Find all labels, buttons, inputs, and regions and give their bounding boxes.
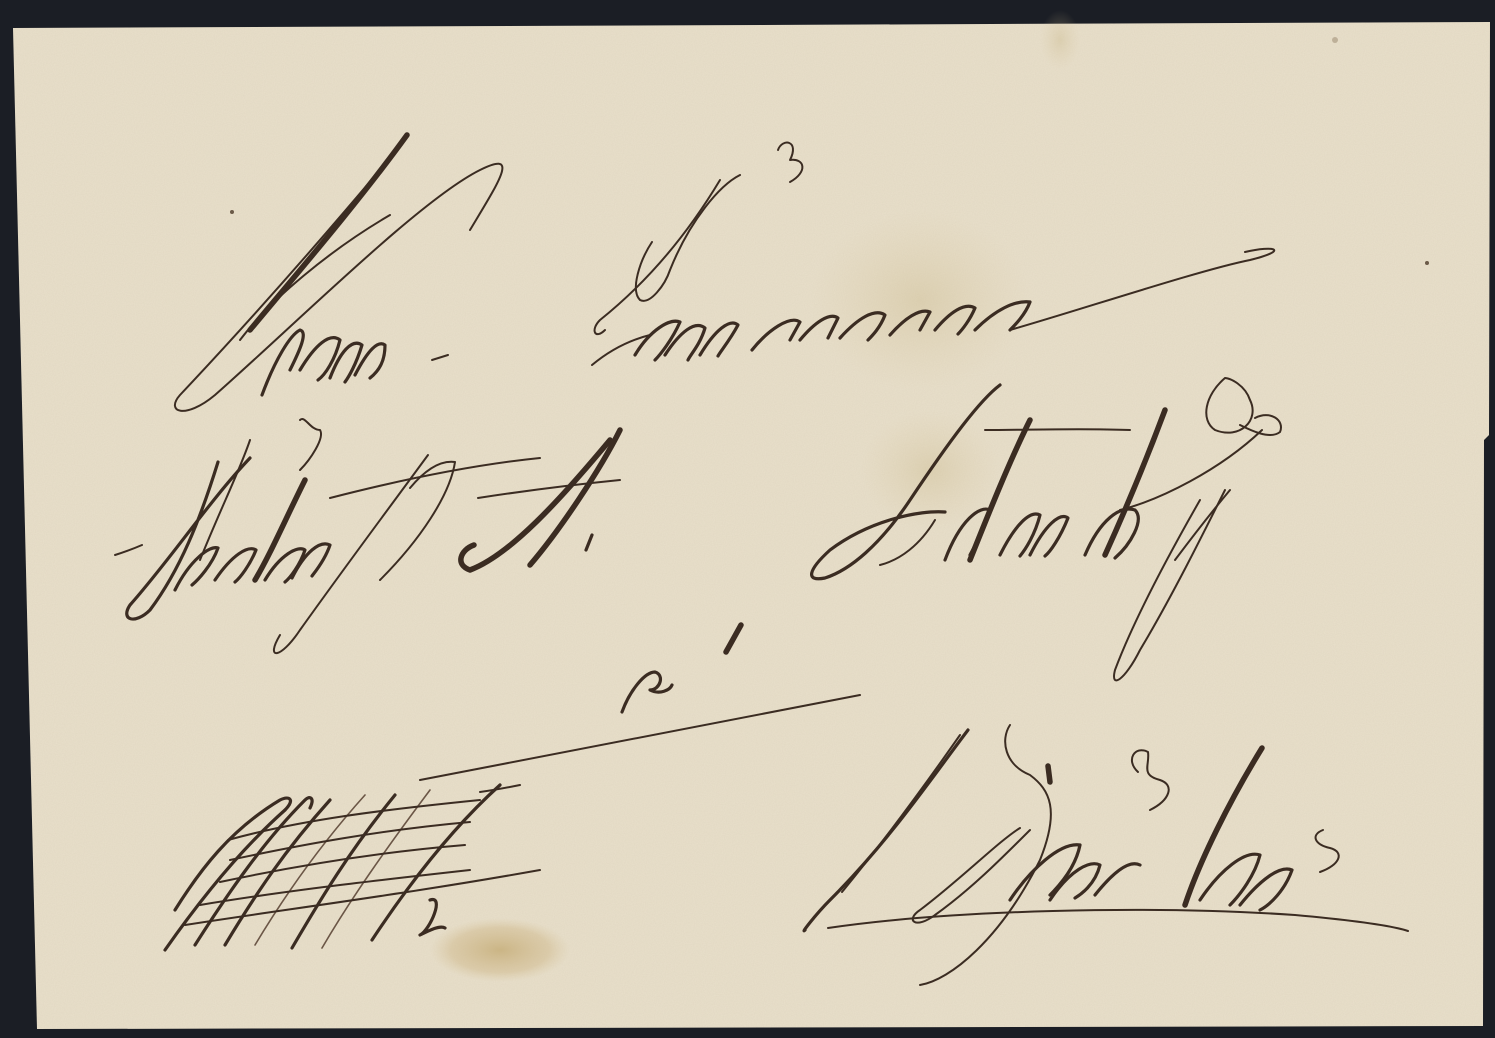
stain: [430, 918, 570, 982]
letter-paper: [0, 0, 1495, 1038]
letter-scan: Herr Krono-Länsmannen Välaktad A: Stenho…: [0, 0, 1495, 1038]
